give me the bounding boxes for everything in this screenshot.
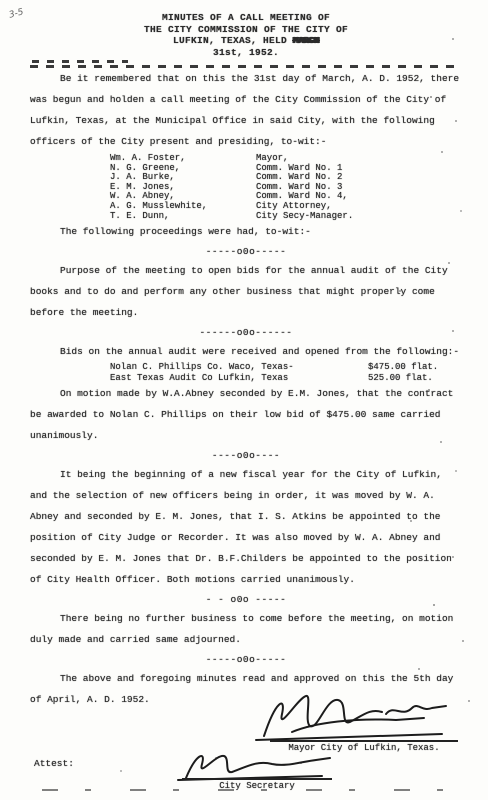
- title-line-4: 31st, 1952.: [30, 47, 462, 59]
- title-separator-short: [32, 60, 128, 63]
- officer-row: T. E. Dunn,City Secy-Manager.: [110, 212, 462, 222]
- paragraph-adjournment: There being no further business to come …: [30, 608, 462, 650]
- scanned-minutes-page: 3-5 MINUTES OF A CALL MEETING OF THE CIT…: [0, 0, 488, 800]
- paragraph-award-motion: On motion made by W.A.Abney seconded by …: [30, 383, 462, 446]
- officer-name: T. E. Dunn,: [110, 212, 256, 222]
- section-separator: - - o0o -----: [30, 593, 462, 606]
- scan-noise-speckles: [0, 0, 2, 2]
- section-separator: -----o0o-----: [30, 653, 462, 666]
- document-title: MINUTES OF A CALL MEETING OF THE CITY CO…: [30, 12, 462, 58]
- paragraph-proceedings-intro: The following proceedings were had, to-w…: [30, 221, 462, 242]
- bid-bidder: East Texas Audit Co Lufkin, Texas: [110, 373, 368, 384]
- paragraph-appointments: It being the beginning of a new fiscal y…: [30, 464, 462, 590]
- paragraph-bids-intro: Bids on the annual audit were received a…: [30, 341, 462, 362]
- bid-amount: $475.00 flat.: [368, 362, 462, 373]
- section-separator: -----o0o-----: [30, 245, 462, 258]
- attest-label: Attest:: [34, 758, 74, 769]
- paragraph-opening: Be it remembered that on this the 31st d…: [30, 68, 462, 152]
- bottom-bleedthrough-line: [42, 789, 480, 791]
- title-line-3: LUFKIN, TEXAS, HELD MARCH: [30, 35, 462, 47]
- bid-bidder: Nolan C. Phillips Co. Waco, Texas-: [110, 362, 368, 373]
- officer-title: City Secy-Manager.: [256, 212, 462, 222]
- handwritten-corner-mark: 3-5: [8, 7, 25, 20]
- section-separator: ------o0o------: [30, 326, 462, 339]
- paragraph-purpose: Purpose of the meeting to open bids for …: [30, 260, 462, 323]
- signature-area: Mayor City of Lufkin, Texas. Attest: Cit…: [30, 706, 462, 798]
- bid-amount: 525.00 flat.: [368, 373, 462, 384]
- title-overstruck-word: MARCH: [293, 35, 319, 46]
- title-line-1: MINUTES OF A CALL MEETING OF: [30, 12, 462, 24]
- title-line-2: THE CITY COMMISSION OF THE CITY OF: [30, 24, 462, 36]
- bids-list: Nolan C. Phillips Co. Waco, Texas-$475.0…: [110, 362, 462, 383]
- bid-row: Nolan C. Phillips Co. Waco, Texas-$475.0…: [110, 362, 462, 373]
- document-content: MINUTES OF A CALL MEETING OF THE CITY CO…: [30, 12, 462, 798]
- section-separator: ----o0o----: [30, 449, 462, 462]
- officers-list: Wm. A. Foster,Mayor, N. G. Greene,Comm. …: [110, 154, 462, 221]
- bid-row: East Texas Audit Co Lufkin, Texas525.00 …: [110, 373, 462, 384]
- title-line-3-text: LUFKIN, TEXAS, HELD: [173, 35, 293, 46]
